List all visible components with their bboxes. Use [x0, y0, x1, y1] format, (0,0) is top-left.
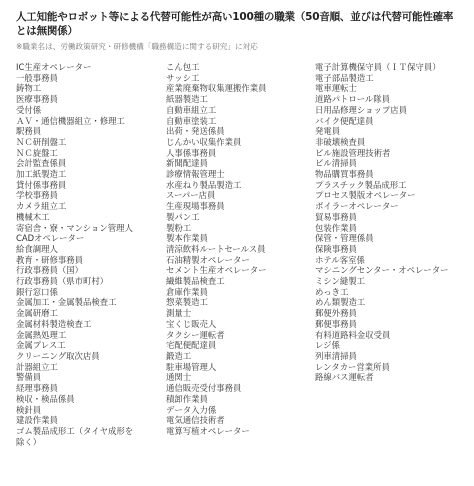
occupation-item: めん類製造工: [315, 297, 474, 308]
occupation-item: 生産現場事務員: [166, 201, 315, 212]
occupation-item: 寄宿舎・寮・マンション管理人: [16, 223, 134, 234]
occupation-item: レジ係: [315, 340, 474, 351]
occupation-item: 自動車塗装工: [166, 116, 315, 127]
occupation-item: 電子部品製造工: [315, 73, 474, 84]
occupation-item: カメラ組立工: [16, 201, 134, 212]
occupation-item: ビル清掃員: [315, 158, 474, 169]
occupation-item: 検収・検品係員: [16, 394, 134, 405]
occupation-item: IC生産オペレーター: [16, 62, 134, 73]
source-note: ※職業名は、労働政策研究・研修機構「職務構造に関する研究」に対応: [16, 42, 461, 52]
occupation-item: 金属研磨工: [16, 308, 134, 319]
occupation-item: ＮＣ研削盤工: [16, 137, 134, 148]
occupation-list: IC生産オペレーター一般事務員鋳物工医療事務員受付係ＡＶ・通信機器組立・修理工駅…: [16, 62, 474, 447]
occupation-item: 建設作業員: [16, 415, 134, 426]
occupation-item: 繊維製品検査工: [166, 276, 315, 287]
occupation-item: 医療事務員: [16, 94, 134, 105]
occupation-item: プロセス製版オペレーター: [315, 190, 474, 201]
occupation-item: 郵便外務員: [315, 308, 474, 319]
occupation-item: プラスチック製品成形工: [315, 180, 474, 191]
occupation-item: 金属加工・金属製品検査工: [16, 297, 134, 308]
occupation-item: 電気通信技術者: [166, 415, 315, 426]
occupation-item: 石油精製オペレーター: [166, 255, 315, 266]
occupation-item: 郵便事務員: [315, 319, 474, 330]
occupation-item: 電子計算機保守員（ＩＴ保守員）: [315, 62, 474, 73]
occupation-item: 保険事務員: [315, 244, 474, 255]
occupation-item: マシニングセンター・オペレーター: [315, 265, 474, 276]
occupation-item: 金属材料製造検査工: [16, 319, 134, 330]
occupation-item: 金属熱処理工: [16, 330, 134, 341]
occupation-column-2: こん包工サッシ工産業廃棄物収集運搬作業員紙器製造工自動車組立工自動車塗装工出荷・…: [166, 62, 315, 447]
occupation-item: 惣菜製造工: [166, 297, 315, 308]
occupation-item: セメント生産オペレーター: [166, 265, 315, 276]
occupation-item: 鋳物工: [16, 83, 134, 94]
occupation-item: 製パン工: [166, 212, 315, 223]
occupation-item: 診療情報管理士: [166, 169, 315, 180]
occupation-item: 測量士: [166, 308, 315, 319]
occupation-item: 行政事務員（県市町村）: [16, 276, 134, 287]
occupation-item: 人事係事務員: [166, 148, 315, 159]
occupation-item: 鍛造工: [166, 351, 315, 362]
occupation-column-3: 電子計算機保守員（ＩＴ保守員）電子部品製造工電車運転士道路パトロール隊員日用品修…: [315, 62, 474, 447]
occupation-item: 新聞配達員: [166, 158, 315, 169]
occupation-item: CADオペレーター: [16, 233, 134, 244]
occupation-item: 電車運転士: [315, 83, 474, 94]
occupation-item: 製本作業員: [166, 233, 315, 244]
occupation-item: 警備員: [16, 372, 134, 383]
occupation-item: 受付係: [16, 105, 134, 116]
occupation-item: タクシー運転者: [166, 330, 315, 341]
occupation-item: 教育・研修事務員: [16, 255, 134, 266]
occupation-item: じんかい収集作業員: [166, 137, 315, 148]
page-title: 人工知能やロボット等による代替可能性が高い100種の職業（50音順、並びは代替可…: [16, 10, 461, 38]
occupation-item: 列車清掃員: [315, 351, 474, 362]
occupation-item: ＡＶ・通信機器組立・修理工: [16, 116, 134, 127]
occupation-item: データ入力係: [166, 405, 315, 416]
occupation-item: 日用品修理ショップ店員: [315, 105, 474, 116]
occupation-item: 機械木工: [16, 212, 134, 223]
occupation-item: 自動車組立工: [166, 105, 315, 116]
occupation-item: こん包工: [166, 62, 315, 73]
occupation-item: 水産ねり製品製造工: [166, 180, 315, 191]
occupation-item: ビル施設管理技術者: [315, 148, 474, 159]
occupation-item: ミシン縫製工: [315, 276, 474, 287]
occupation-item: 非破壊検査員: [315, 137, 474, 148]
occupation-item: 路線バス運転者: [315, 372, 474, 383]
occupation-item: 会計監査係員: [16, 158, 134, 169]
occupation-item: 保管・管理係員: [315, 233, 474, 244]
occupation-item: 金属プレス工: [16, 340, 134, 351]
occupation-item: ゴム製品成形工（タイヤ成形を除く）: [16, 426, 134, 447]
occupation-item: 製粉工: [166, 223, 315, 234]
occupation-item: 道路パトロール隊員: [315, 94, 474, 105]
occupation-item: 貿易事務員: [315, 212, 474, 223]
occupation-item: 一般事務員: [16, 73, 134, 84]
occupation-item: 宝くじ販売人: [166, 319, 315, 330]
occupation-item: 包装作業員: [315, 223, 474, 234]
occupation-item: 貸付係事務員: [16, 180, 134, 191]
occupation-item: めっき工: [315, 287, 474, 298]
occupation-item: 通信販売受付事務員: [166, 383, 315, 394]
occupation-item: 有料道路料金収受員: [315, 330, 474, 341]
occupation-item: 通関士: [166, 372, 315, 383]
occupation-item: 加工紙製造工: [16, 169, 134, 180]
occupation-item: ホテル客室係: [315, 255, 474, 266]
occupation-item: 産業廃棄物収集運搬作業員: [166, 83, 315, 94]
occupation-item: 給食調理人: [16, 244, 134, 255]
occupation-item: 検針員: [16, 405, 134, 416]
occupation-item: クリーニング取次店員: [16, 351, 134, 362]
occupation-item: スーパー店員: [166, 190, 315, 201]
occupation-item: バイク便配達員: [315, 116, 474, 127]
occupation-item: 紙器製造工: [166, 94, 315, 105]
occupation-item: 電算写植オペレーター: [166, 426, 315, 437]
occupation-item: 行政事務員（国）: [16, 265, 134, 276]
occupation-item: サッシ工: [166, 73, 315, 84]
occupation-item: 積卸作業員: [166, 394, 315, 405]
occupation-item: レンタカー営業所員: [315, 362, 474, 373]
occupation-item: 駅務員: [16, 126, 134, 137]
occupation-item: 清涼飲料ルートセールス員: [166, 244, 315, 255]
occupation-item: 駐車場管理人: [166, 362, 315, 373]
occupation-item: 倉庫作業員: [166, 287, 315, 298]
occupation-item: 出荷・発送係員: [166, 126, 315, 137]
occupation-item: 物品購買事務員: [315, 169, 474, 180]
occupation-item: 発電員: [315, 126, 474, 137]
occupation-column-1: IC生産オペレーター一般事務員鋳物工医療事務員受付係ＡＶ・通信機器組立・修理工駅…: [16, 62, 166, 447]
occupation-item: ボイラーオペレーター: [315, 201, 474, 212]
occupation-item: 学校事務員: [16, 190, 134, 201]
occupation-item: 経理事務員: [16, 383, 134, 394]
occupation-item: 計器組立工: [16, 362, 134, 373]
occupation-item: ＮＣ旋盤工: [16, 148, 134, 159]
occupation-item: 宅配便配達員: [166, 340, 315, 351]
occupation-item: 銀行窓口係: [16, 287, 134, 298]
